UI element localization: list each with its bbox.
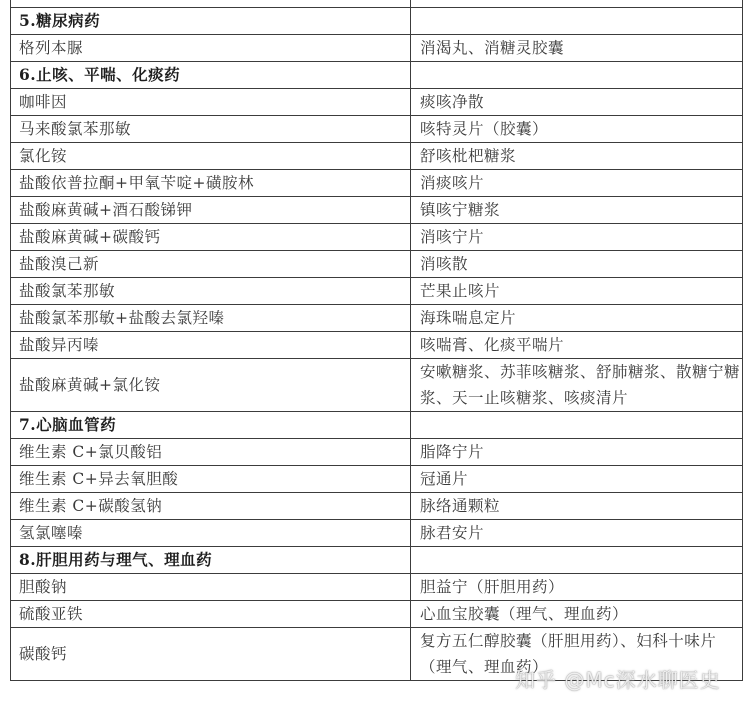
table-row: 维生素 C+碳酸氢钠 脉络通颗粒 [11,493,743,520]
western-drug-cell: 维生素 C+氯贝酸铝 [11,439,411,466]
section-header-row: 8.肝胆用药与理气、理血药 [11,547,743,574]
western-drug-cell: 盐酸麻黄碱+碳酸钙 [11,224,411,251]
section-header-row: 5.糖尿病药 [11,8,743,35]
table-row: 硫酸亚铁 心血宝胶囊（理气、理血药） [11,601,743,628]
chinese-patent-drug-cell: 脂降宁片 [411,439,743,466]
table-row: 维生素 C+异去氧胆酸 冠通片 [11,466,743,493]
section-title-empty-cell [411,412,743,439]
table-top-edge-row [11,0,743,8]
chinese-patent-drug-cell: 消咳宁片 [411,224,743,251]
table-row: 盐酸溴己新 消咳散 [11,251,743,278]
table-row: 盐酸氯苯那敏 芒果止咳片 [11,278,743,305]
chinese-patent-drug-cell: 消渴丸、消糖灵胶囊 [411,35,743,62]
chinese-patent-drug-cell: 脉络通颗粒 [411,493,743,520]
table-row: 盐酸异丙嗪 咳喘膏、化痰平喘片 [11,332,743,359]
drug-combination-table-container: 5.糖尿病药 格列本脲 消渴丸、消糖灵胶囊 6.止咳、平喘、化痰药 咖啡因 痰咳… [10,0,734,681]
table-row: 胆酸钠 胆益宁（肝胆用药） [11,574,743,601]
table-row: 盐酸麻黄碱+酒石酸锑钾 镇咳宁糖浆 [11,197,743,224]
western-drug-cell: 马来酸氯苯那敏 [11,116,411,143]
chinese-patent-drug-cell: 消痰咳片 [411,170,743,197]
table-row: 维生素 C+氯贝酸铝 脂降宁片 [11,439,743,466]
top-edge-cell [411,0,743,8]
western-drug-cell: 盐酸氯苯那敏+盐酸去氯羟嗪 [11,305,411,332]
western-drug-cell: 盐酸依普拉酮+甲氧苄啶+磺胺林 [11,170,411,197]
table-row: 马来酸氯苯那敏 咳特灵片（胶囊） [11,116,743,143]
section-header-row: 7.心脑血管药 [11,412,743,439]
western-drug-cell: 咖啡因 [11,89,411,116]
section-title: 8.肝胆用药与理气、理血药 [11,547,411,574]
table-row: 盐酸氯苯那敏+盐酸去氯羟嗪 海珠喘息定片 [11,305,743,332]
top-edge-cell [11,0,411,8]
section-title: 7.心脑血管药 [11,412,411,439]
section-title-empty-cell [411,62,743,89]
chinese-patent-drug-cell: 舒咳枇杷糖浆 [411,143,743,170]
western-drug-cell: 胆酸钠 [11,574,411,601]
section-title-empty-cell [411,547,743,574]
chinese-patent-drug-cell: 海珠喘息定片 [411,305,743,332]
table-row: 盐酸麻黄碱+氯化铵 安嗽糖浆、苏菲咳糖浆、舒肺糖浆、散糖宁糖浆、天一止咳糖浆、咳… [11,359,743,412]
table-row: 氯化铵 舒咳枇杷糖浆 [11,143,743,170]
western-drug-cell: 盐酸麻黄碱+氯化铵 [11,359,411,412]
section-title-empty-cell [411,8,743,35]
table-row: 盐酸麻黄碱+碳酸钙 消咳宁片 [11,224,743,251]
section-header-row: 6.止咳、平喘、化痰药 [11,62,743,89]
chinese-patent-drug-cell: 心血宝胶囊（理气、理血药） [411,601,743,628]
chinese-patent-drug-cell: 胆益宁（肝胆用药） [411,574,743,601]
western-drug-cell: 硫酸亚铁 [11,601,411,628]
section-title: 6.止咳、平喘、化痰药 [11,62,411,89]
western-drug-cell: 盐酸异丙嗪 [11,332,411,359]
section-title: 5.糖尿病药 [11,8,411,35]
western-drug-cell: 碳酸钙 [11,628,411,681]
table-row: 氢氯噻嗪 脉君安片 [11,520,743,547]
chinese-patent-drug-cell: 复方五仁醇胶囊（肝胆用药）、妇科十味片（理气、理血药） [411,628,743,681]
western-drug-cell: 格列本脲 [11,35,411,62]
table-row: 咖啡因 痰咳净散 [11,89,743,116]
chinese-patent-drug-cell: 芒果止咳片 [411,278,743,305]
table-row: 碳酸钙 复方五仁醇胶囊（肝胆用药）、妇科十味片（理气、理血药） [11,628,743,681]
western-drug-cell: 维生素 C+碳酸氢钠 [11,493,411,520]
western-drug-cell: 氢氯噻嗪 [11,520,411,547]
chinese-patent-drug-cell: 咳特灵片（胶囊） [411,116,743,143]
chinese-patent-drug-cell: 镇咳宁糖浆 [411,197,743,224]
chinese-patent-drug-cell: 冠通片 [411,466,743,493]
drug-combination-table: 5.糖尿病药 格列本脲 消渴丸、消糖灵胶囊 6.止咳、平喘、化痰药 咖啡因 痰咳… [10,0,743,681]
western-drug-cell: 维生素 C+异去氧胆酸 [11,466,411,493]
western-drug-cell: 盐酸溴己新 [11,251,411,278]
chinese-patent-drug-cell: 消咳散 [411,251,743,278]
chinese-patent-drug-cell: 安嗽糖浆、苏菲咳糖浆、舒肺糖浆、散糖宁糖浆、天一止咳糖浆、咳痰清片 [411,359,743,412]
table-row: 格列本脲 消渴丸、消糖灵胶囊 [11,35,743,62]
western-drug-cell: 氯化铵 [11,143,411,170]
table-row: 盐酸依普拉酮+甲氧苄啶+磺胺林 消痰咳片 [11,170,743,197]
western-drug-cell: 盐酸氯苯那敏 [11,278,411,305]
western-drug-cell: 盐酸麻黄碱+酒石酸锑钾 [11,197,411,224]
chinese-patent-drug-cell: 脉君安片 [411,520,743,547]
chinese-patent-drug-cell: 痰咳净散 [411,89,743,116]
chinese-patent-drug-cell: 咳喘膏、化痰平喘片 [411,332,743,359]
